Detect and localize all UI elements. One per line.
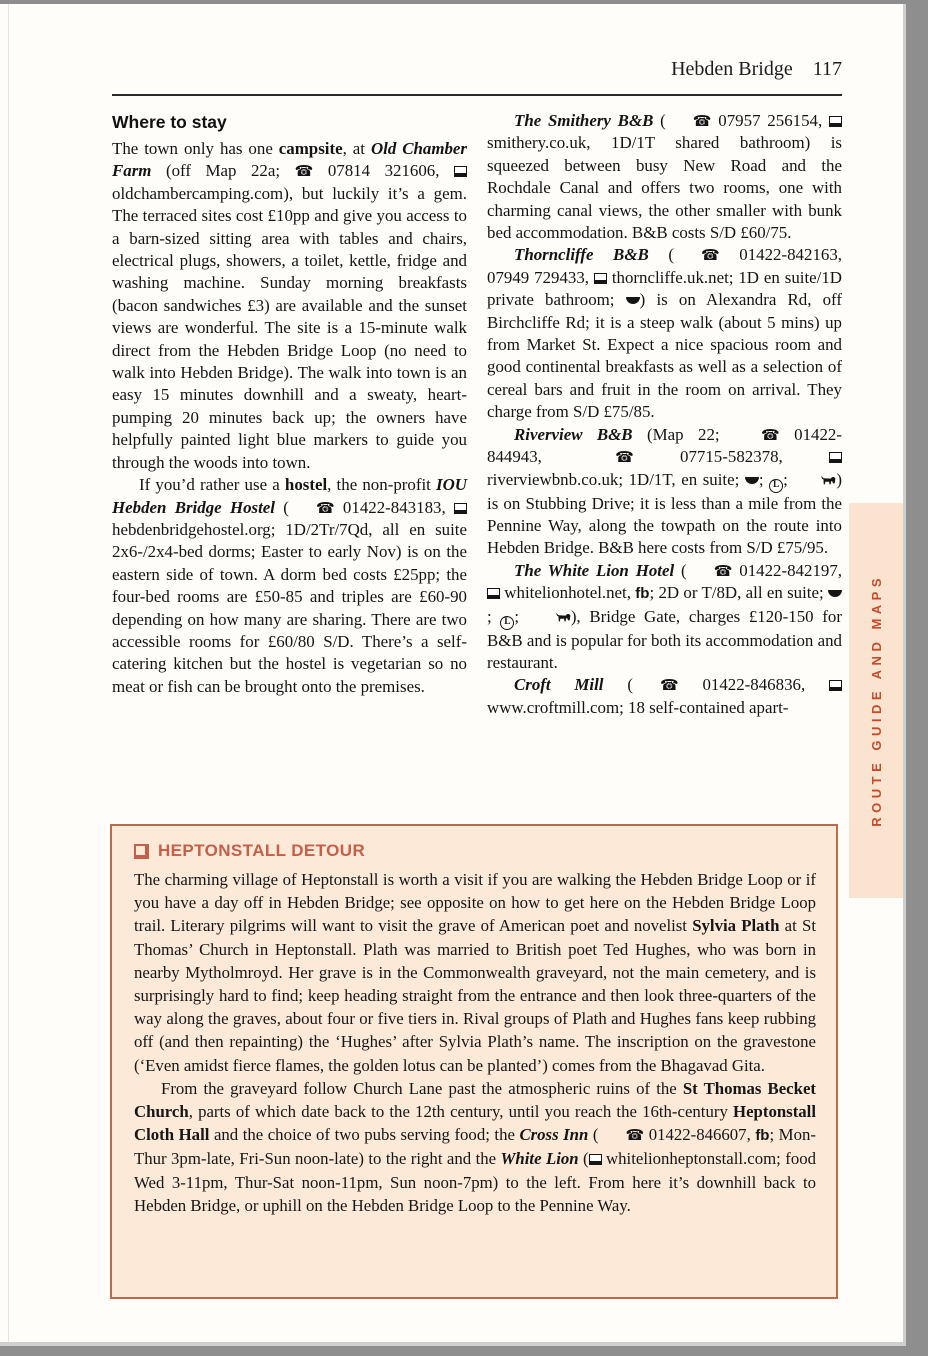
dogs-welcome-icon [793,469,836,491]
text-run: ( [275,498,289,517]
text-run: The town only has one [112,139,279,158]
text-run: 01422-846607, [644,1125,755,1144]
text-run: (Map 22; [633,425,734,444]
text-run: , parts of which date back to the 12th c… [189,1102,733,1121]
text-run: riverviewbnb.co.uk; 1D/1T, en suite; [487,470,745,489]
food-served-icon [626,297,640,304]
telephone-icon: ☎ [674,248,720,263]
website-icon [487,588,500,599]
text-run: If you’d rather use a [139,475,285,494]
page-number: 117 [813,58,842,80]
section-heading: Where to stay [112,112,467,133]
website-icon [829,452,842,463]
detour-box-title: HEPTONSTALL DETOUR [158,841,365,861]
text-run: 01422-846836, [679,675,829,694]
text-run: ( [653,111,665,130]
text-run: at St Thomas’ Church in Heptonstall. Pla… [134,916,816,1074]
paragraph: The White Lion Hotel (☎ 01422-842197, wh… [487,560,842,675]
text-run: The White Lion Hotel [514,561,674,580]
two-column-text: Where to stay The town only has one camp… [112,110,842,719]
paragraph: From the graveyard follow Church Lane pa… [134,1077,816,1217]
website-icon [454,503,467,514]
paragraph: The town only has one campsite, at Old C… [112,138,467,474]
left-column: Where to stay The town only has one camp… [112,110,467,719]
dogs-welcome-icon [528,606,571,628]
running-header-section: Hebden Bridge [671,58,793,80]
text-run: ( [579,1149,589,1168]
text-run: ) is on Alexandra Rd, off Birchcliffe Rd… [487,290,842,421]
route-guide-tab-label: ROUTE GUIDE AND MAPS [869,574,884,827]
paragraph: The Smithery B&B (☎ 07957 256154, smithe… [487,110,842,244]
text-run: smithery.co.uk, 1D/1T shared bathroom) i… [487,133,842,242]
page-fold-line [8,4,9,1342]
text-run: Thorncliffe B&B [514,245,649,264]
text-run: 07957 256154, [711,111,829,130]
text-run: , at [343,139,371,158]
text-run: From the graveyard follow Church Lane pa… [161,1079,683,1098]
text-run: campsite [279,139,343,158]
telephone-icon: ☎ [734,428,780,443]
detour-box-heading: HEPTONSTALL DETOUR [134,841,816,861]
screen-background: Hebden Bridge117 Where to stay The town … [0,0,928,1356]
checkbox-icon [134,844,149,859]
text-run: hostel [285,475,327,494]
website-icon [594,273,607,284]
telephone-icon: ☎ [633,678,679,693]
website-icon [829,680,842,691]
packed-lunch-icon: L [500,616,514,630]
text-run: Cross Inn [519,1125,588,1144]
food-served-icon [828,590,842,597]
detour-box: HEPTONSTALL DETOUR The charming village … [110,824,838,1299]
text-run: ( [604,675,633,694]
text-run: 01422-842197, [732,561,842,580]
text-run: ( [674,561,687,580]
text-run: The Smithery B&B [514,111,653,130]
paragraph: The charming village of Heptonstall is w… [134,868,816,1077]
text-run: ; [514,607,527,626]
text-run: , the non-profit [327,475,436,494]
telephone-icon: ☎ [588,450,634,465]
paragraph: Croft Mill (☎ 01422-846836, www.croftmil… [487,674,842,719]
right-column-text: The Smithery B&B (☎ 07957 256154, smithe… [487,110,842,719]
book-page: Hebden Bridge117 Where to stay The town … [0,4,906,1346]
text-run: ( [588,1125,598,1144]
header-rule [112,94,842,96]
left-column-text: The town only has one campsite, at Old C… [112,138,467,698]
running-header: Hebden Bridge117 [671,58,842,81]
text-run: ; 2D or T/8D, all en suite; [649,583,828,602]
packed-lunch-icon: L [769,479,783,493]
food-served-icon [745,477,759,484]
text-run: 07715-582378, [634,447,829,466]
text-run: 01422-843183, [335,498,454,517]
text-run: oldchambercamping.com), but luckily it’s… [112,184,467,472]
text-run: hebdenbridgehostel.org; 1D/2Tr/7Qd, all … [112,520,467,696]
text-run: whitelionhotel.net, [500,583,635,602]
text-run: 07814 321606, [313,161,454,180]
route-guide-tab: ROUTE GUIDE AND MAPS [849,503,903,898]
telephone-icon: ☎ [687,564,733,579]
website-icon [829,116,842,127]
text-run: Riverview B&B [514,425,633,444]
paragraph: Thorncliffe B&B (☎ 01422-842163, 07949 7… [487,244,842,423]
telephone-icon: ☎ [295,164,314,179]
website-icon [454,166,467,177]
text-run: Sylvia Plath [692,916,779,935]
right-column: The Smithery B&B (☎ 07957 256154, smithe… [487,110,842,719]
text-run: Croft Mill [514,675,604,694]
website-icon [589,1154,602,1165]
text-run: ; [487,607,500,626]
text-run: fb [755,1127,769,1144]
text-run: www.croftmill.com; 18 self-contained apa… [487,698,788,717]
paragraph: If you’d rather use a hostel, the non-pr… [112,474,467,698]
telephone-icon: ☎ [289,501,335,516]
text-run: (off Map 22a; [151,161,294,180]
text-run: ; [783,470,793,489]
text-run: ; [759,470,769,489]
telephone-icon: ☎ [598,1128,644,1143]
detour-box-text: The charming village of Heptonstall is w… [134,868,816,1217]
text-run: fb [635,585,649,602]
telephone-icon: ☎ [666,114,712,129]
text-run: ( [649,245,674,264]
text-run: and the choice of two pubs serving food;… [209,1125,519,1144]
paragraph: Riverview B&B (Map 22; ☎ 01422-844943, ☎… [487,424,842,560]
text-run: White Lion [501,1149,579,1168]
